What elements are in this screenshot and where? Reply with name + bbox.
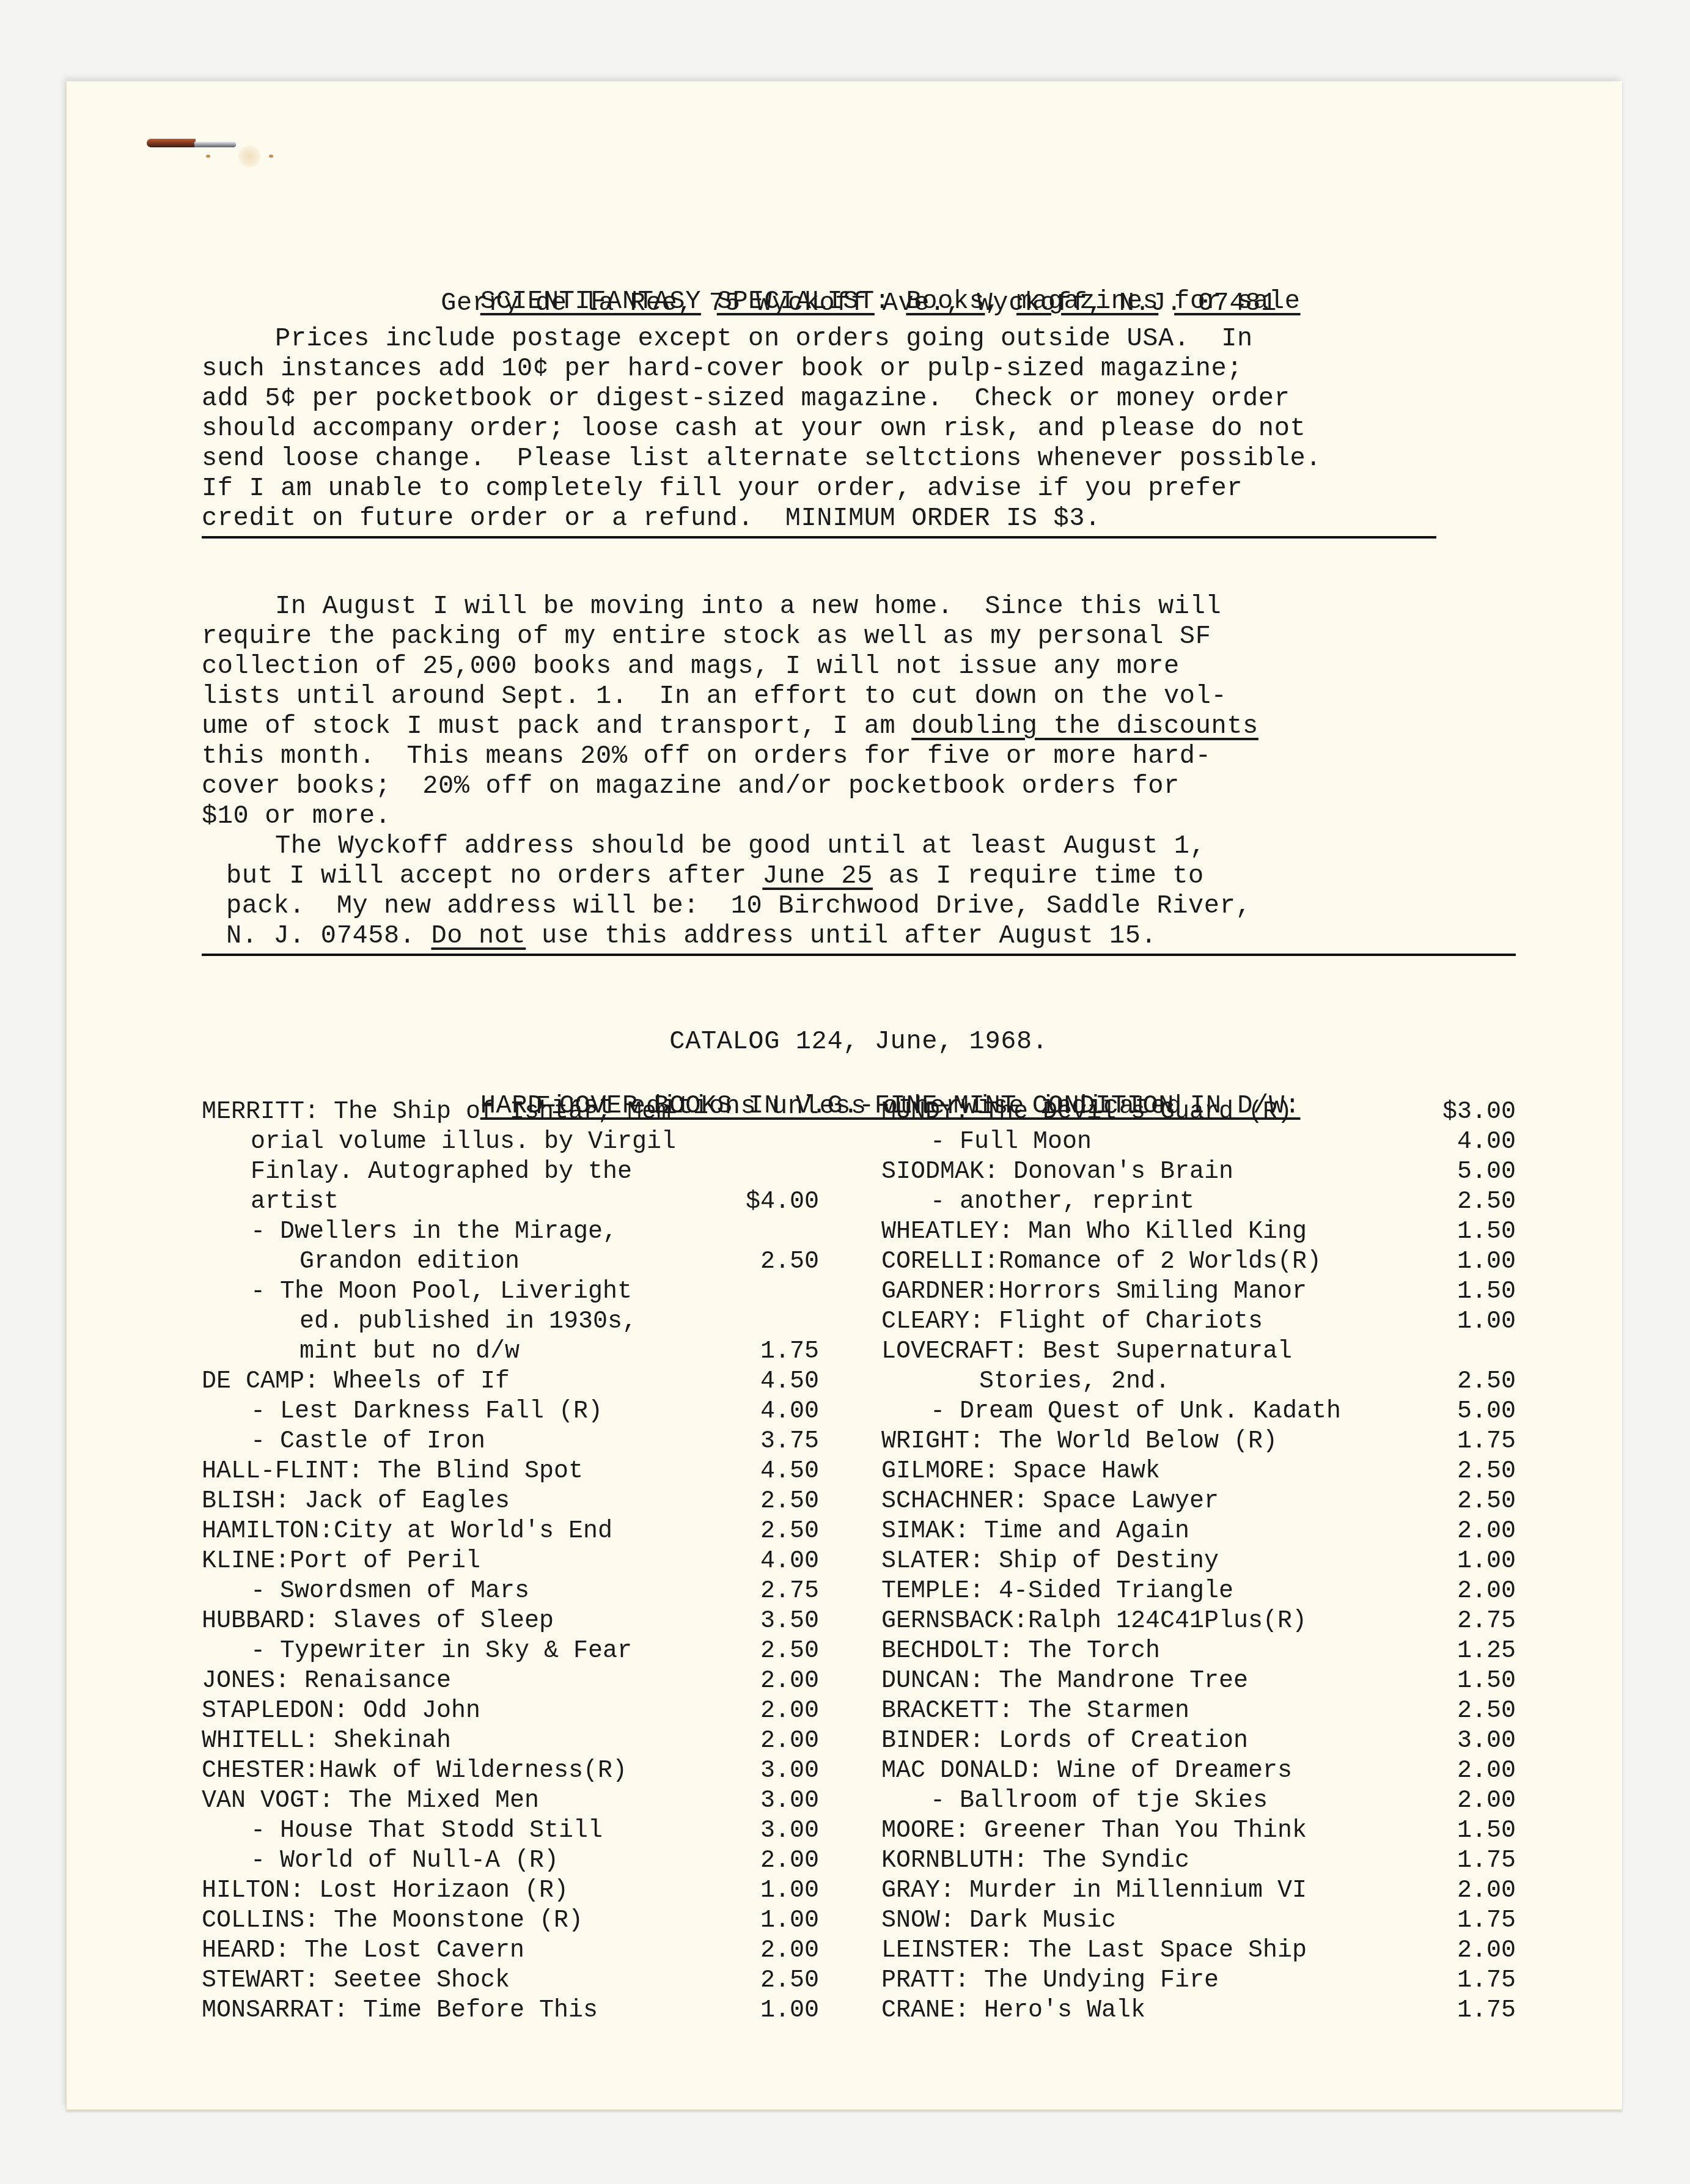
book-title: SIODMAK: Donovan's Brain <box>881 1157 1233 1187</box>
book-price: $4.00 <box>746 1187 819 1217</box>
book-price: $3.00 <box>1442 1097 1516 1127</box>
book-title: BECHDOLT: The Torch <box>881 1636 1160 1666</box>
book-title: KLINE:Port of Peril <box>202 1546 480 1576</box>
book-price: 2.00 <box>760 1696 819 1726</box>
notice-text: ume of stock I must pack and transport, … <box>202 711 911 741</box>
list-item: STAPLEDON: Odd John2.00 <box>202 1696 819 1726</box>
book-price: 3.00 <box>1457 1726 1516 1756</box>
book-price: 1.00 <box>1457 1546 1516 1576</box>
book-title: JONES: Renaisance <box>202 1666 451 1696</box>
book-title: BINDER: Lords of Creation <box>881 1726 1248 1756</box>
list-item: GARDNER:Horrors Smiling Manor1.50 <box>881 1277 1516 1307</box>
list-item: ed. published in 1930s, <box>202 1307 819 1337</box>
book-price: 1.75 <box>1457 1846 1516 1876</box>
list-item: artist$4.00 <box>202 1187 819 1217</box>
list-item: COLLINS: The Moonstone (R)1.00 <box>202 1906 819 1936</box>
book-price: 1.75 <box>1457 1966 1516 1996</box>
list-item: HALL-FLINT: The Blind Spot4.50 <box>202 1457 819 1487</box>
list-item: Finlay. Autographed by the <box>202 1157 819 1187</box>
notice-text: but I will accept no orders after <box>226 861 762 891</box>
notice-line: but I will accept no orders after June 2… <box>202 861 1516 891</box>
book-title: - House That Stodd Still <box>251 1816 603 1846</box>
book-price: 2.75 <box>1457 1606 1516 1636</box>
book-title: KORNBLUTH: The Syndic <box>881 1846 1189 1876</box>
book-price: 2.50 <box>760 1487 819 1517</box>
list-item: CHESTER:Hawk of Wilderness(R)3.00 <box>202 1756 819 1786</box>
intro-paragraph: Prices include postage except on orders … <box>202 324 1516 542</box>
list-item: SIODMAK: Donovan's Brain5.00 <box>881 1157 1516 1187</box>
book-price: 2.00 <box>1457 1576 1516 1606</box>
intro-line: add 5¢ per pocketbook or digest-sized ma… <box>202 384 1516 414</box>
book-title: CHESTER:Hawk of Wilderness(R) <box>202 1756 627 1786</box>
book-title: ed. published in 1930s, <box>299 1307 637 1337</box>
book-price: 2.00 <box>1457 1756 1516 1786</box>
book-title: HAMILTON:City at World's End <box>202 1517 612 1546</box>
list-item: MUNDY: The Devil's Guard (R)$3.00 <box>881 1097 1516 1127</box>
book-title: - Castle of Iron <box>251 1427 485 1457</box>
book-title: MOORE: Greener Than You Think <box>881 1816 1307 1846</box>
book-title: PRATT: The Undying Fire <box>881 1966 1219 1996</box>
list-item: - Full Moon4.00 <box>881 1127 1516 1157</box>
book-title: MONSARRAT: Time Before This <box>202 1996 598 2026</box>
book-title: - The Moon Pool, Liveright <box>251 1277 632 1307</box>
list-item: - Castle of Iron3.75 <box>202 1427 819 1457</box>
book-price: 5.00 <box>1457 1157 1516 1187</box>
notice-text: use this address until after August 15. <box>526 921 1156 950</box>
notice-line: this month. This means 20% off on orders… <box>202 741 1516 771</box>
book-title: Finlay. Autographed by the <box>251 1157 632 1187</box>
list-item: orial volume illus. by Virgil <box>202 1127 819 1157</box>
list-item: WHITELL: Shekinah2.00 <box>202 1726 819 1756</box>
notice-text: N. J. 07458. <box>226 921 431 950</box>
list-item: JONES: Renaisance2.00 <box>202 1666 819 1696</box>
book-price: 1.75 <box>760 1337 819 1367</box>
book-price: 2.00 <box>1457 1517 1516 1546</box>
book-price: 2.50 <box>1457 1457 1516 1487</box>
list-item: HEARD: The Lost Cavern2.00 <box>202 1936 819 1966</box>
book-title: SLATER: Ship of Destiny <box>881 1546 1219 1576</box>
staple-steel <box>194 142 236 147</box>
book-price: 1.00 <box>760 1906 819 1936</box>
rust-stain <box>238 145 260 167</box>
book-title: WRIGHT: The World Below (R) <box>881 1427 1277 1457</box>
intro-line: send loose change. Please list alternate… <box>202 444 1516 474</box>
divider <box>202 536 1436 539</box>
book-title: orial volume illus. by Virgil <box>251 1127 676 1157</box>
book-title: VAN VOGT: The Mixed Men <box>202 1786 539 1816</box>
book-price: 1.50 <box>1457 1217 1516 1247</box>
list-item: LOVECRAFT: Best Supernatural <box>881 1337 1516 1367</box>
list-item: mint but no d/w1.75 <box>202 1337 819 1367</box>
book-title: DE CAMP: Wheels of If <box>202 1367 510 1397</box>
book-price: 2.50 <box>1457 1696 1516 1726</box>
list-item: PRATT: The Undying Fire1.75 <box>881 1966 1516 1996</box>
book-title: - Full Moon <box>930 1127 1092 1157</box>
list-item: WHEATLEY: Man Who Killed King1.50 <box>881 1217 1516 1247</box>
order-deadline: June 25 <box>762 861 873 891</box>
book-price: 1.50 <box>1457 1816 1516 1846</box>
book-price: 2.50 <box>760 1517 819 1546</box>
rust-spot <box>206 155 210 158</box>
book-title: - another, reprint <box>930 1187 1194 1217</box>
staple-rust <box>147 139 196 147</box>
book-title: mint but no d/w <box>299 1337 520 1367</box>
right-column: MUNDY: The Devil's Guard (R)$3.00- Full … <box>881 1097 1516 2026</box>
notice-line: require the packing of my entire stock a… <box>202 622 1516 652</box>
book-price: 1.75 <box>1457 1906 1516 1936</box>
book-price: 1.00 <box>760 1996 819 2026</box>
list-item: - Typewriter in Sky & Fear2.50 <box>202 1636 819 1666</box>
book-title: BRACKETT: The Starmen <box>881 1696 1189 1726</box>
book-price: 2.50 <box>1457 1187 1516 1217</box>
book-title: MERRITT: The Ship of Ishtar, Mem- <box>202 1097 686 1127</box>
list-item: CLEARY: Flight of Chariots1.00 <box>881 1307 1516 1337</box>
catalog-heading: CATALOG 124, June, 1968. <box>202 1027 1516 1057</box>
book-title: - Swordsmen of Mars <box>251 1576 529 1606</box>
book-title: HALL-FLINT: The Blind Spot <box>202 1457 583 1487</box>
notice-line: $10 or more. <box>202 801 1516 831</box>
book-title: LOVECRAFT: Best Supernatural <box>881 1337 1292 1367</box>
book-title: STAPLEDON: Odd John <box>202 1696 480 1726</box>
list-item: - Dream Quest of Unk. Kadath5.00 <box>881 1397 1516 1427</box>
book-price: 3.00 <box>760 1756 819 1786</box>
list-item: WRIGHT: The World Below (R)1.75 <box>881 1427 1516 1457</box>
list-item: DUNCAN: The Mandrone Tree1.50 <box>881 1666 1516 1696</box>
book-title: STEWART: Seetee Shock <box>202 1966 510 1996</box>
list-item: SCHACHNER: Space Lawyer2.50 <box>881 1487 1516 1517</box>
book-title: WHEATLEY: Man Who Killed King <box>881 1217 1307 1247</box>
book-price: 2.50 <box>760 1966 819 1996</box>
book-price: 2.00 <box>1457 1936 1516 1966</box>
notice-line: collection of 25,000 books and mags, I w… <box>202 652 1516 682</box>
notice-line: ume of stock I must pack and transport, … <box>202 711 1516 741</box>
book-title: - Dwellers in the Mirage, <box>251 1217 617 1247</box>
list-item: Grandon edition2.50 <box>202 1247 819 1277</box>
book-price: 1.75 <box>1457 1427 1516 1457</box>
book-price: 1.75 <box>1457 1996 1516 2026</box>
intro-line: Prices include postage except on orders … <box>202 324 1516 354</box>
intro-line: should accompany order; loose cash at yo… <box>202 414 1516 444</box>
list-item: MONSARRAT: Time Before This1.00 <box>202 1996 819 2026</box>
list-item: CRANE: Hero's Walk1.75 <box>881 1996 1516 2026</box>
book-price: 5.00 <box>1457 1397 1516 1427</box>
list-item: SNOW: Dark Music1.75 <box>881 1906 1516 1936</box>
book-title: - Lest Darkness Fall (R) <box>251 1397 603 1427</box>
book-price: 2.00 <box>760 1726 819 1756</box>
list-item: HILTON: Lost Horizaon (R)1.00 <box>202 1876 819 1906</box>
book-price: 2.50 <box>760 1636 819 1666</box>
rust-spot <box>269 155 273 158</box>
book-price: 1.25 <box>1457 1636 1516 1666</box>
list-item: MERRITT: The Ship of Ishtar, Mem- <box>202 1097 819 1127</box>
list-item: KLINE:Port of Peril4.00 <box>202 1546 819 1576</box>
intro-line: credit on future order or a refund. MINI… <box>202 504 1516 534</box>
moving-notice: In August I will be moving into a new ho… <box>202 592 1516 960</box>
book-price: 3.50 <box>760 1606 819 1636</box>
book-price: 4.50 <box>760 1457 819 1487</box>
book-title: TEMPLE: 4-Sided Triangle <box>881 1576 1233 1606</box>
book-price: 4.00 <box>1457 1127 1516 1157</box>
list-item: MOORE: Greener Than You Think1.50 <box>881 1816 1516 1846</box>
book-title: BLISH: Jack of Eagles <box>202 1487 510 1517</box>
book-price: 1.50 <box>1457 1277 1516 1307</box>
book-title: COLLINS: The Moonstone (R) <box>202 1906 583 1936</box>
staple-icon <box>147 137 238 149</box>
book-title: - Ballroom of tje Skies <box>930 1786 1268 1816</box>
book-price: 2.75 <box>760 1576 819 1606</box>
discount-emphasis: doubling the discounts <box>911 711 1258 741</box>
list-item: GRAY: Murder in Millennium VI2.00 <box>881 1876 1516 1906</box>
book-title: - Dream Quest of Unk. Kadath <box>930 1397 1341 1427</box>
list-item: CORELLI:Romance of 2 Worlds(R)1.00 <box>881 1247 1516 1277</box>
book-title: MUNDY: The Devil's Guard (R) <box>881 1097 1292 1127</box>
book-title: WHITELL: Shekinah <box>202 1726 451 1756</box>
list-item: GERNSBACK:Ralph 124C41Plus(R)2.75 <box>881 1606 1516 1636</box>
list-item: KORNBLUTH: The Syndic1.75 <box>881 1846 1516 1876</box>
book-price: 1.00 <box>1457 1247 1516 1277</box>
list-item: - Lest Darkness Fall (R)4.00 <box>202 1397 819 1427</box>
book-title: GILMORE: Space Hawk <box>881 1457 1160 1487</box>
seller-address: Gerry de la Ree, 75 Wyckoff Ave., Wyckof… <box>202 289 1516 318</box>
left-column: MERRITT: The Ship of Ishtar, Mem-orial v… <box>202 1097 819 2026</box>
book-title: CRANE: Hero's Walk <box>881 1996 1145 2026</box>
book-price: 1.00 <box>1457 1307 1516 1337</box>
book-title: CORELLI:Romance of 2 Worlds(R) <box>881 1247 1321 1277</box>
book-price: 2.00 <box>1457 1786 1516 1816</box>
list-item: - The Moon Pool, Liveright <box>202 1277 819 1307</box>
book-title: MAC DONALD: Wine of Dreamers <box>881 1756 1292 1786</box>
book-price: 2.00 <box>760 1666 819 1696</box>
book-price: 2.50 <box>1457 1487 1516 1517</box>
book-price: 4.50 <box>760 1367 819 1397</box>
book-title: - World of Null-A (R) <box>251 1846 559 1876</box>
book-title: Stories, 2nd. <box>979 1367 1170 1397</box>
notice-line: N. J. 07458. Do not use this address unt… <box>202 921 1516 951</box>
book-title: SCHACHNER: Space Lawyer <box>881 1487 1219 1517</box>
list-item: - World of Null-A (R)2.00 <box>202 1846 819 1876</box>
notice-text: as I require time to <box>873 861 1204 891</box>
list-item: MAC DONALD: Wine of Dreamers2.00 <box>881 1756 1516 1786</box>
divider <box>202 954 1516 956</box>
book-title: CLEARY: Flight of Chariots <box>881 1307 1263 1337</box>
book-title: GARDNER:Horrors Smiling Manor <box>881 1277 1307 1307</box>
book-title: Grandon edition <box>299 1247 520 1277</box>
list-item: BINDER: Lords of Creation3.00 <box>881 1726 1516 1756</box>
book-title: - Typewriter in Sky & Fear <box>251 1636 632 1666</box>
list-item: GILMORE: Space Hawk2.50 <box>881 1457 1516 1487</box>
list-item: HUBBARD: Slaves of Sleep3.50 <box>202 1606 819 1636</box>
list-item: - another, reprint2.50 <box>881 1187 1516 1217</box>
book-price: 1.50 <box>1457 1666 1516 1696</box>
book-price: 1.00 <box>760 1876 819 1906</box>
book-title: HEARD: The Lost Cavern <box>202 1936 524 1966</box>
list-item: DE CAMP: Wheels of If4.50 <box>202 1367 819 1397</box>
book-title: HILTON: Lost Horizaon (R) <box>202 1876 568 1906</box>
book-price: 2.00 <box>1457 1876 1516 1906</box>
book-price: 4.00 <box>760 1397 819 1427</box>
list-item: - House That Stodd Still3.00 <box>202 1816 819 1846</box>
book-price: 2.00 <box>760 1936 819 1966</box>
list-item: - Dwellers in the Mirage, <box>202 1217 819 1247</box>
list-item: - Swordsmen of Mars2.75 <box>202 1576 819 1606</box>
list-item: BECHDOLT: The Torch1.25 <box>881 1636 1516 1666</box>
notice-line: The Wyckoff address should be good until… <box>202 831 1516 861</box>
book-title: LEINSTER: The Last Space Ship <box>881 1936 1307 1966</box>
book-title: DUNCAN: The Mandrone Tree <box>881 1666 1248 1696</box>
notice-line: pack. My new address will be: 10 Birchwo… <box>202 891 1516 921</box>
book-title: GRAY: Murder in Millennium VI <box>881 1876 1307 1906</box>
intro-line: If I am unable to completely fill your o… <box>202 474 1516 504</box>
list-item: LEINSTER: The Last Space Ship2.00 <box>881 1936 1516 1966</box>
book-title: SIMAK: Time and Again <box>881 1517 1189 1546</box>
list-item: BRACKETT: The Starmen2.50 <box>881 1696 1516 1726</box>
book-price: 3.00 <box>760 1816 819 1846</box>
list-item: SIMAK: Time and Again2.00 <box>881 1517 1516 1546</box>
book-title: HUBBARD: Slaves of Sleep <box>202 1606 554 1636</box>
book-price: 4.00 <box>760 1546 819 1576</box>
address-warning: Do not <box>431 921 526 950</box>
list-item: Stories, 2nd.2.50 <box>881 1367 1516 1397</box>
list-item: - Ballroom of tje Skies2.00 <box>881 1786 1516 1816</box>
book-price: 3.75 <box>760 1427 819 1457</box>
notice-line: cover books; 20% off on magazine and/or … <box>202 771 1516 801</box>
book-price: 2.50 <box>1457 1367 1516 1397</box>
list-item: SLATER: Ship of Destiny1.00 <box>881 1546 1516 1576</box>
list-item: VAN VOGT: The Mixed Men3.00 <box>202 1786 819 1816</box>
list-item: HAMILTON:City at World's End2.50 <box>202 1517 819 1546</box>
list-item: STEWART: Seetee Shock2.50 <box>202 1966 819 1996</box>
notice-line: lists until around Sept. 1. In an effort… <box>202 682 1516 711</box>
book-price: 3.00 <box>760 1786 819 1816</box>
list-item: BLISH: Jack of Eagles2.50 <box>202 1487 819 1517</box>
book-price: 2.50 <box>760 1247 819 1277</box>
list-item: TEMPLE: 4-Sided Triangle2.00 <box>881 1576 1516 1606</box>
book-title: artist <box>251 1187 339 1217</box>
book-title: GERNSBACK:Ralph 124C41Plus(R) <box>881 1606 1307 1636</box>
intro-line: such instances add 10¢ per hard-cover bo… <box>202 354 1516 384</box>
book-price: 2.00 <box>760 1846 819 1876</box>
book-title: SNOW: Dark Music <box>881 1906 1116 1936</box>
notice-line: In August I will be moving into a new ho… <box>202 592 1516 622</box>
